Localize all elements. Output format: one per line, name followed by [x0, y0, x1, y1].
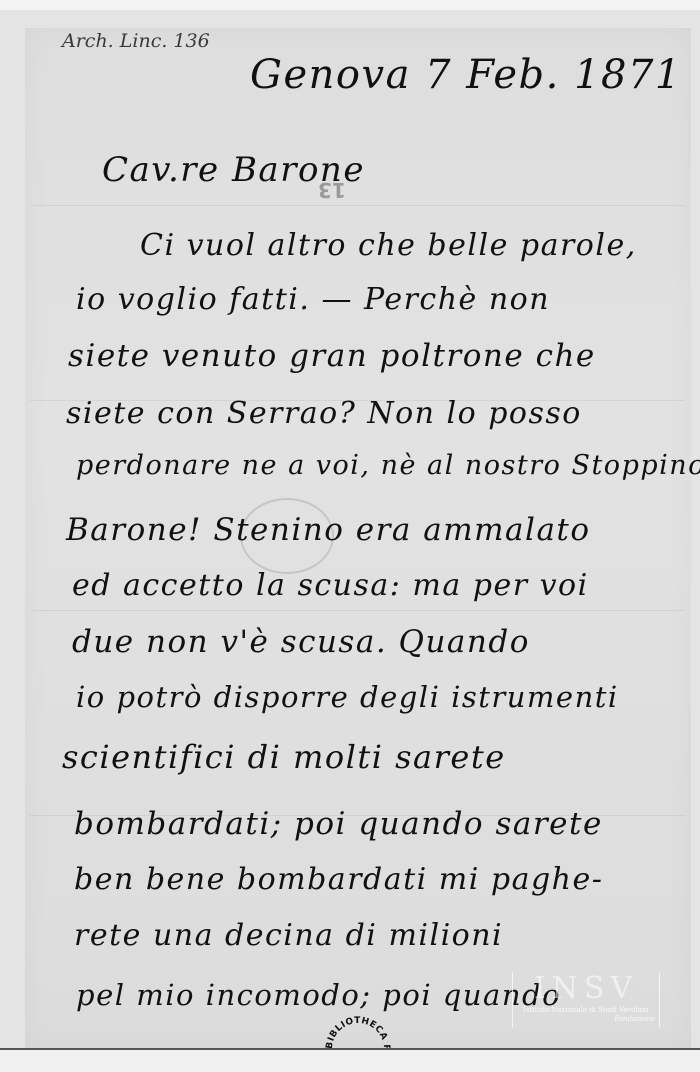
paper-rule — [30, 610, 685, 611]
letter-line: io potrò disporre degli istrumenti — [76, 680, 619, 714]
letter-line: Ci vuol altro che belle parole, — [140, 228, 637, 263]
letter-line: Barone! Stenino era ammalato — [66, 512, 591, 548]
letter-line: siete venuto gran poltrone che — [68, 338, 596, 374]
letter-line: perdonare ne a voi, nè al nostro Stoppin… — [76, 450, 700, 481]
letter-line: due non v'è scusa. Quando — [72, 624, 530, 660]
letter-line: ed accetto la scusa: ma per voi — [72, 568, 589, 603]
letter-line: rete una decina di milioni — [74, 918, 503, 953]
archive-reference: Arch. Linc. 136 — [62, 30, 210, 52]
letter-line: ben bene bombardati mi paghe- — [74, 862, 603, 897]
paper-rule — [30, 205, 685, 206]
letter-line: siete con Serrao? Non lo posso — [66, 396, 582, 431]
letter-line: scientifici di molti sarete — [62, 738, 506, 776]
letter-line: bombardati; poi quando sarete — [74, 806, 603, 842]
svg-text:BIBLIOTHECA R. LYNCEORUM: BIBLIOTHECA R. LYNCEORUM — [322, 1003, 391, 1052]
scan-bottom-margin — [0, 1050, 700, 1072]
letter-line: io voglio fatti. — Perchè non — [76, 282, 550, 317]
letter-place-date: Genova 7 Feb. 1871 — [250, 52, 682, 98]
letter-line: pel mio incomodo; poi quando — [76, 978, 561, 1012]
insv-foundation-label: Fondazione — [513, 1015, 659, 1024]
letter-salutation: Cav.re Barone — [102, 150, 365, 190]
insv-institute-name: Istituto Nazionale di Studi Verdiani — [513, 1006, 659, 1015]
insv-watermark: INSV Istituto Nazionale di Studi Verdian… — [512, 972, 660, 1028]
insv-logo: INSV — [513, 972, 659, 1006]
